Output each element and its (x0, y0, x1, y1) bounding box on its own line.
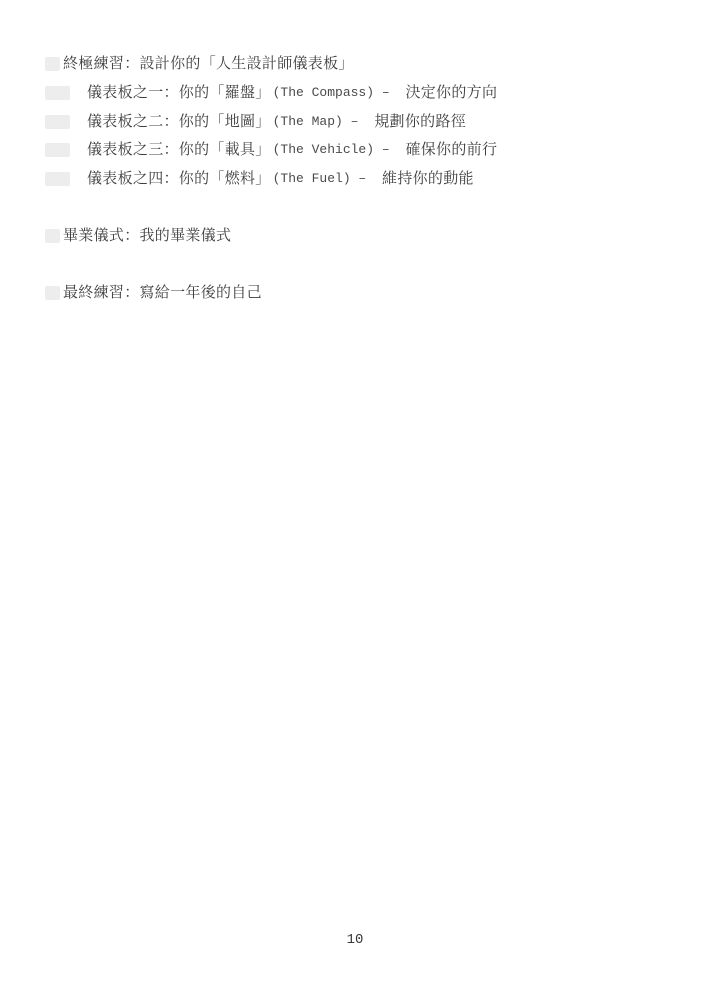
dashboard-item-2: 儀表板之二：你的「地圖」 (The Map) – 規劃你的路徑 (45, 114, 466, 130)
dashboard-item-4: 儀表板之四：你的「燃料」 (The Fuel) – 維持你的動能 (45, 171, 474, 187)
dashboard-item-label: 儀表板之四：你的「燃料」 (87, 171, 271, 187)
section-title: 畢業儀式：我的畢業儀式 (63, 228, 231, 244)
emoji-placeholder-icon (45, 172, 70, 186)
document-page: 終極練習：設計你的「人生設計師儀表板」 儀表板之一：你的「羅盤」 (The Co… (0, 0, 710, 994)
emoji-placeholder-icon (45, 229, 60, 243)
page-number: 10 (0, 932, 710, 948)
section-ultimate-exercise: 終極練習：設計你的「人生設計師儀表板」 (45, 56, 354, 72)
dashboard-item-1: 儀表板之一：你的「羅盤」 (The Compass) – 決定你的方向 (45, 85, 497, 101)
dashboard-item-3: 儀表板之三：你的「載具」 (The Vehicle) – 確保你的前行 (45, 142, 497, 158)
emoji-placeholder-icon (45, 286, 60, 300)
section-graduation-ceremony: 畢業儀式：我的畢業儀式 (45, 228, 231, 244)
dashboard-item-label: 儀表板之二：你的「地圖」 (87, 114, 271, 130)
section-final-exercise: 最終練習：寫給一年後的自己 (45, 285, 262, 301)
section-title: 最終練習：寫給一年後的自己 (63, 285, 262, 301)
dashboard-item-description: 規劃你的路徑 (374, 114, 466, 130)
dashboard-item-english: (The Vehicle) – (273, 142, 398, 158)
section-title: 終極練習：設計你的「人生設計師儀表板」 (63, 56, 354, 72)
emoji-placeholder-icon (45, 143, 70, 157)
dashboard-item-english: (The Fuel) – (273, 171, 374, 187)
dashboard-item-label: 儀表板之三：你的「載具」 (87, 142, 271, 158)
dashboard-item-label: 儀表板之一：你的「羅盤」 (87, 85, 271, 101)
dashboard-item-description: 決定你的方向 (405, 85, 497, 101)
emoji-placeholder-icon (45, 86, 70, 100)
emoji-placeholder-icon (45, 57, 60, 71)
emoji-placeholder-icon (45, 115, 70, 129)
dashboard-item-description: 確保你的前行 (405, 142, 497, 158)
dashboard-item-english: (The Map) – (273, 114, 367, 130)
dashboard-item-description: 維持你的動能 (382, 171, 474, 187)
dashboard-item-english: (The Compass) – (273, 85, 398, 101)
